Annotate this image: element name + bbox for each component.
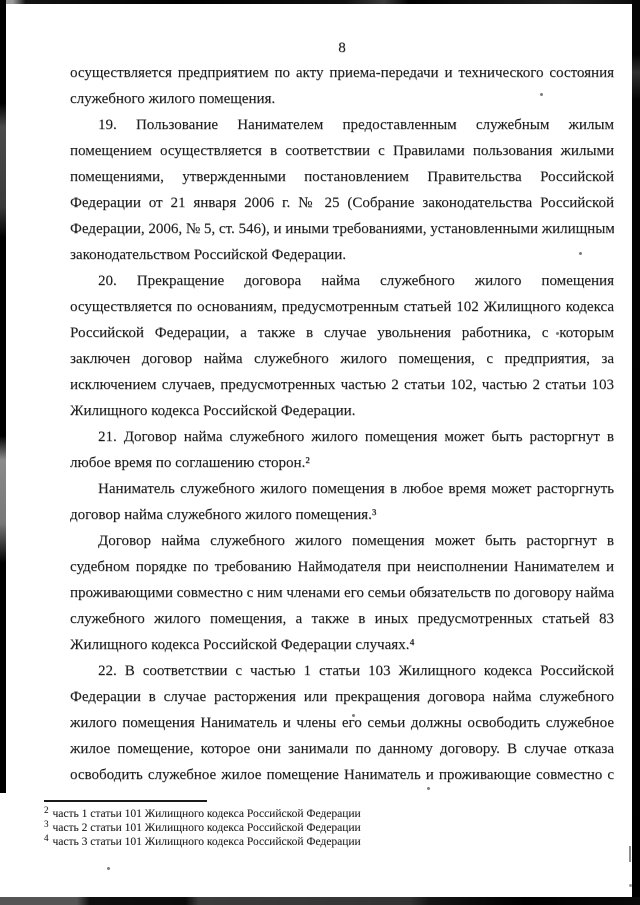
- footnote-text: часть 3 статьи 101 Жилищного кодекса Рос…: [53, 836, 361, 848]
- text-line: заключен договор найма служебного жилого…: [70, 346, 614, 372]
- text-line: Жилищного кодекса Российской Федерации.: [70, 398, 614, 424]
- footnote-text: часть 2 статьи 101 Жилищного кодекса Рос…: [53, 822, 361, 834]
- document-body: осуществляется предприятием по акту прие…: [70, 60, 614, 788]
- text-line: освободить служебное жилое помещение Нан…: [70, 762, 614, 788]
- text-line: Федерации в случае расторжения или прекр…: [70, 684, 614, 710]
- text-line: проживающими совместно с ним членами его…: [70, 580, 614, 606]
- footnotes-section: 2часть 1 статьи 101 Жилищного кодекса Ро…: [44, 800, 604, 849]
- footnote-separator: [44, 800, 207, 802]
- text-line: законодательством Российской Федерации.: [70, 242, 614, 268]
- scan-edge-bottom: [0, 897, 640, 905]
- text-line: служебного жилого помещения, а также в и…: [70, 606, 614, 632]
- footnote: 4часть 3 статьи 101 Жилищного кодекса Ро…: [44, 835, 604, 849]
- page-number: 8: [70, 39, 614, 57]
- footnote-marker: 2: [44, 803, 49, 817]
- text-line: Федерации от 21 января 2006 г. № 25 (Соб…: [70, 190, 614, 216]
- text-line: 19. Пользование Нанимателем предоставлен…: [70, 112, 614, 138]
- scan-speck: [107, 867, 110, 870]
- footnote: 2часть 1 статьи 101 Жилищного кодекса Ро…: [44, 807, 604, 821]
- text-line: помещением осуществляется в соответствии…: [70, 138, 614, 164]
- text-line: осуществляется предприятием по акту прие…: [70, 60, 614, 86]
- scan-edge-top: [0, 0, 640, 4]
- scan-edge-left: [0, 0, 6, 793]
- text-line: жилого помещения Наниматель и члены его …: [70, 710, 614, 736]
- text-line: Наниматель служебного жилого помещения в…: [70, 476, 614, 502]
- text-line: Российской Федерации, а также в случае у…: [70, 320, 614, 346]
- footnote-list: 2часть 1 статьи 101 Жилищного кодекса Ро…: [44, 807, 604, 849]
- footnote: 3часть 2 статьи 101 Жилищного кодекса Ро…: [44, 821, 604, 835]
- scan-speck: [629, 884, 632, 887]
- text-line: 21. Договор найма служебного жилого поме…: [70, 424, 614, 450]
- text-line: жилое помещение, которое они занимали по…: [70, 736, 614, 762]
- text-line: судебном порядке по требованию Наймодате…: [70, 554, 614, 580]
- scan-edge-right: [632, 0, 640, 905]
- text-line: Федерации, 2006, № 5, ст. 546), и иными …: [70, 216, 614, 242]
- text-line: помещениями, утвержденными постановление…: [70, 164, 614, 190]
- footnote-marker: 3: [44, 817, 49, 831]
- footnote-text: часть 1 статьи 101 Жилищного кодекса Рос…: [53, 808, 361, 820]
- text-line: исключением случаев, предусмотренных час…: [70, 372, 614, 398]
- text-line: осуществляется по основаниям, предусмотр…: [70, 294, 614, 320]
- text-line: 20. Прекращение договора найма служебног…: [70, 268, 614, 294]
- text-line: служебного жилого помещения.: [70, 86, 614, 112]
- scan-mark: [629, 846, 631, 862]
- scanned-document-page: 8 осуществляется предприятием по акту пр…: [0, 0, 640, 905]
- text-line: любое время по соглашению сторон.²: [70, 450, 614, 476]
- text-line: договор найма служебного жилого помещени…: [70, 502, 614, 528]
- text-line: 22. В соответствии с частью 1 статьи 103…: [70, 658, 614, 684]
- footnote-marker: 4: [44, 831, 49, 845]
- text-line: Договор найма служебного жилого помещени…: [70, 528, 614, 554]
- text-line: Жилищного кодекса Российской Федерации с…: [70, 632, 614, 658]
